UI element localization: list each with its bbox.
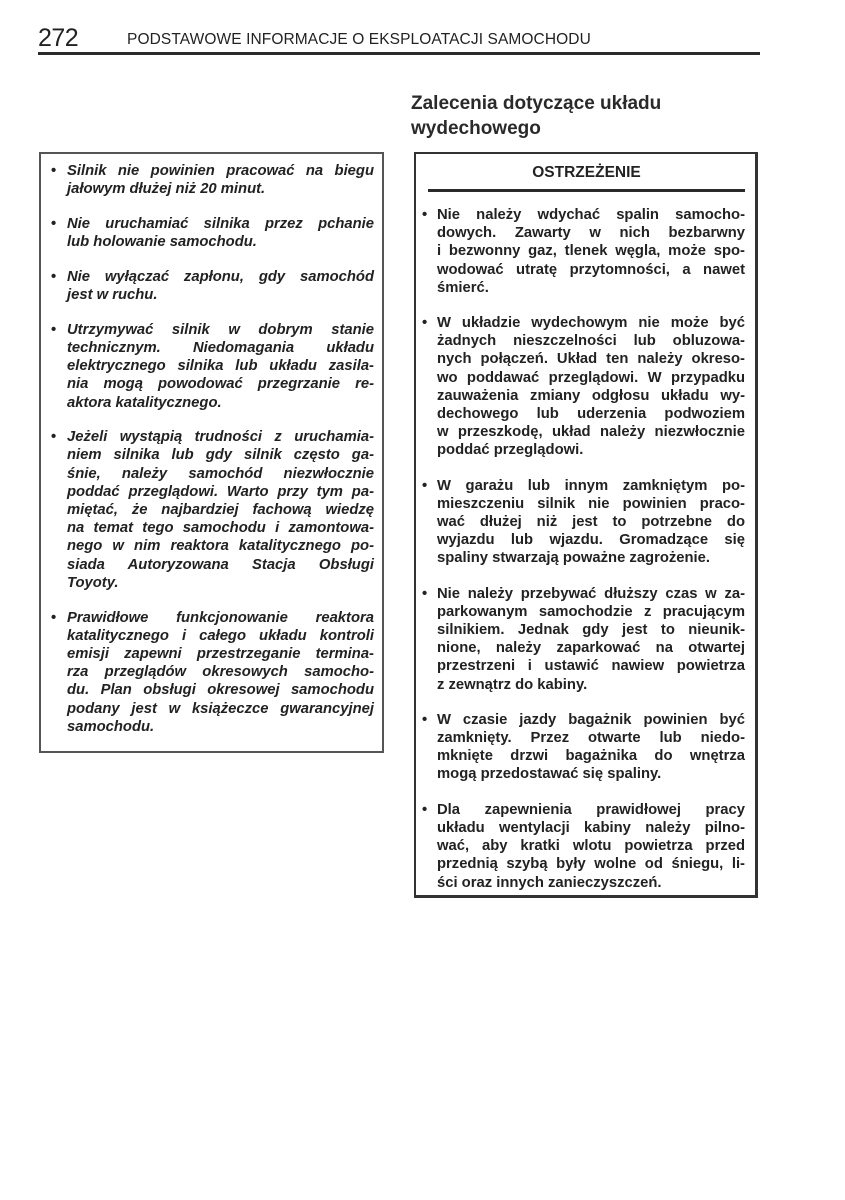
text-line: Silnik nie powinien pracować na biegu (67, 162, 374, 180)
text-line: wać, aby kratki wlotu powietrza przed (437, 837, 745, 855)
text-line: na temat tego samochodu i zamontowa- (67, 519, 374, 537)
bullet-icon: • (51, 609, 56, 627)
bullet-icon: • (422, 314, 427, 332)
notes-box: •Silnik nie powinien pracować na bieguja… (39, 152, 384, 753)
bullet-icon: • (51, 428, 56, 446)
text-line: nych połączeń. Układ ten należy okreso- (437, 350, 745, 368)
warning-list: •Nie należy wdychać spalin samocho-dowyc… (422, 206, 745, 892)
text-line: Dla zapewnienia prawidłowej pracy (437, 801, 745, 819)
text-line: Nie uruchamiać silnika przez pchanie (67, 215, 374, 233)
text-line: Prawidłowe funkcjonowanie reaktora (67, 609, 374, 627)
text-line: W czasie jazdy bagażnik powinien być (437, 711, 745, 729)
text-line: dowych. Zawarty w nich bezbarwny (437, 224, 745, 242)
text-line: siada Autoryzowana Stacja Obsługi (67, 556, 374, 574)
text-line: śmierć. (437, 279, 745, 297)
section-title-line-1: Zalecenia dotyczące układu (411, 91, 751, 116)
text-line: emisji zapewni przestrzeganie termina- (67, 645, 374, 663)
text-line: układu wentylacji kabiny należy pilno- (437, 819, 745, 837)
text-line: W układzie wydechowym nie może być (437, 314, 745, 332)
text-line: miętać, że najbardziej fachową wiedzę (67, 501, 374, 519)
bullet-icon: • (422, 711, 427, 729)
text-line: aktora katalitycznego. (67, 394, 374, 412)
list-item: •Dla zapewnienia prawidłowej pracyukładu… (422, 801, 745, 892)
list-item: •Jeżeli wystąpią trudności z uruchamia-n… (51, 428, 374, 592)
text-line: nego w nim reaktora katalitycznego po- (67, 537, 374, 555)
text-line: jałowym dłużej niż 20 minut. (67, 180, 374, 198)
list-item: •Utrzymywać silnik w dobrym stanietechni… (51, 321, 374, 412)
list-item: •Prawidłowe funkcjonowanie reaktorakatal… (51, 609, 374, 736)
text-line: nia mogą powodować przegrzanie re- (67, 375, 374, 393)
text-line: katalitycznego i całego układu kontroli (67, 627, 374, 645)
list-item: •Nie wyłączać zapłonu, gdy samochódjest … (51, 268, 374, 304)
text-line: Nie wyłączać zapłonu, gdy samochód (67, 268, 374, 286)
list-item: •Silnik nie powinien pracować na bieguja… (51, 162, 374, 198)
list-item: •W czasie jazdy bagażnik powinien byćzam… (422, 711, 745, 784)
text-line: podany jest w książeczce gwarancyjnej (67, 700, 374, 718)
text-line: i bezwonny gaz, tlenek węgla, może spo- (437, 242, 745, 260)
text-line: samochodu. (67, 718, 374, 736)
text-line: Nie należy wdychać spalin samocho- (437, 206, 745, 224)
warning-title: OSTRZEŻENIE (428, 154, 745, 192)
bullet-icon: • (422, 801, 427, 819)
text-line: mogą przedostawać się spaliny. (437, 765, 745, 783)
text-line: ści oraz innych zanieczyszczeń. (437, 874, 745, 892)
text-line: parkowanym samochodzie z pracującym (437, 603, 745, 621)
text-line: Toyoty. (67, 574, 374, 592)
text-line: zauważenia zmiany odgłosu układu wy- (437, 387, 745, 405)
running-title: PODSTAWOWE INFORMACJE O EKSPLOATACJI SAM… (127, 31, 591, 49)
text-line: wodować utratę przytomności, a nawet (437, 261, 745, 279)
warning-box: OSTRZEŻENIE •Nie należy wdychać spalin s… (414, 152, 758, 898)
bullet-icon: • (422, 477, 427, 495)
text-line: żadnych nieszczelności lub obluzowa- (437, 332, 745, 350)
notes-list: •Silnik nie powinien pracować na bieguja… (51, 162, 374, 736)
list-item: •W garażu lub innym zamkniętym po-mieszc… (422, 477, 745, 568)
text-line: przestrzeni i ustawić nawiew powietrza (437, 657, 745, 675)
page-header: 272 PODSTAWOWE INFORMACJE O EKSPLOATACJI… (38, 26, 760, 55)
text-line: Utrzymywać silnik w dobrym stanie (67, 321, 374, 339)
bullet-icon: • (51, 215, 56, 233)
bullet-icon: • (51, 268, 56, 286)
text-line: nione, należy zaparkować na otwartej (437, 639, 745, 657)
bullet-icon: • (422, 206, 427, 224)
text-line: jest w ruchu. (67, 286, 374, 304)
text-line: du. Plan obsługi okresowej samochodu (67, 681, 374, 699)
section-title-line-2: wydechowego (411, 116, 751, 141)
text-line: wyjazdu lub wjazdu. Gromadzące się (437, 531, 745, 549)
text-line: Jeżeli wystąpią trudności z uruchamia- (67, 428, 374, 446)
text-line: silnikiem. Jednak gdy jest to nieunik- (437, 621, 745, 639)
list-item: •Nie uruchamiać silnika przez pchanielub… (51, 215, 374, 251)
text-line: technicznym. Niedomagania układu (67, 339, 374, 357)
text-line: mieszczeniu silnik nie powinien praco- (437, 495, 745, 513)
page-number: 272 (38, 24, 78, 52)
bullet-icon: • (422, 585, 427, 603)
text-line: w przeszkodę, układ należy niezwłocznie (437, 423, 745, 441)
text-line: wo poddawać przeglądowi. W przypadku (437, 369, 745, 387)
text-line: W garażu lub innym zamkniętym po- (437, 477, 745, 495)
section-title: Zalecenia dotyczące układu wydechowego (411, 91, 751, 141)
text-line: elektrycznego silnika lub układu zasila- (67, 357, 374, 375)
text-line: śnie, należy samochód niezwłocznie (67, 465, 374, 483)
text-line: przednią szybą były wolne od śniegu, li- (437, 855, 745, 873)
text-line: poddać przeglądowi. Warto przy tym pa- (67, 483, 374, 501)
list-item: •Nie należy przebywać dłuższy czas w za-… (422, 585, 745, 694)
text-line: niem silnika lub gdy silnik często ga- (67, 446, 374, 464)
text-line: Nie należy przebywać dłuższy czas w za- (437, 585, 745, 603)
list-item: •Nie należy wdychać spalin samocho-dowyc… (422, 206, 745, 297)
text-line: mknięte drzwi bagażnika do wnętrza (437, 747, 745, 765)
text-line: z zewnątrz do kabiny. (437, 676, 745, 694)
list-item: •W układzie wydechowym nie może byćżadny… (422, 314, 745, 460)
text-line: lub holowanie samochodu. (67, 233, 374, 251)
text-line: spaliny stwarzają poważne zagrożenie. (437, 549, 745, 567)
text-line: zamknięty. Przez otwarte lub niedo- (437, 729, 745, 747)
text-line: poddać przeglądowi. (437, 441, 745, 459)
text-line: dechowego lub uderzenia podwoziem (437, 405, 745, 423)
text-line: rza przeglądów okresowych samocho- (67, 663, 374, 681)
bullet-icon: • (51, 162, 56, 180)
text-line: wać dłużej niż jest to potrzebne do (437, 513, 745, 531)
bullet-icon: • (51, 321, 56, 339)
